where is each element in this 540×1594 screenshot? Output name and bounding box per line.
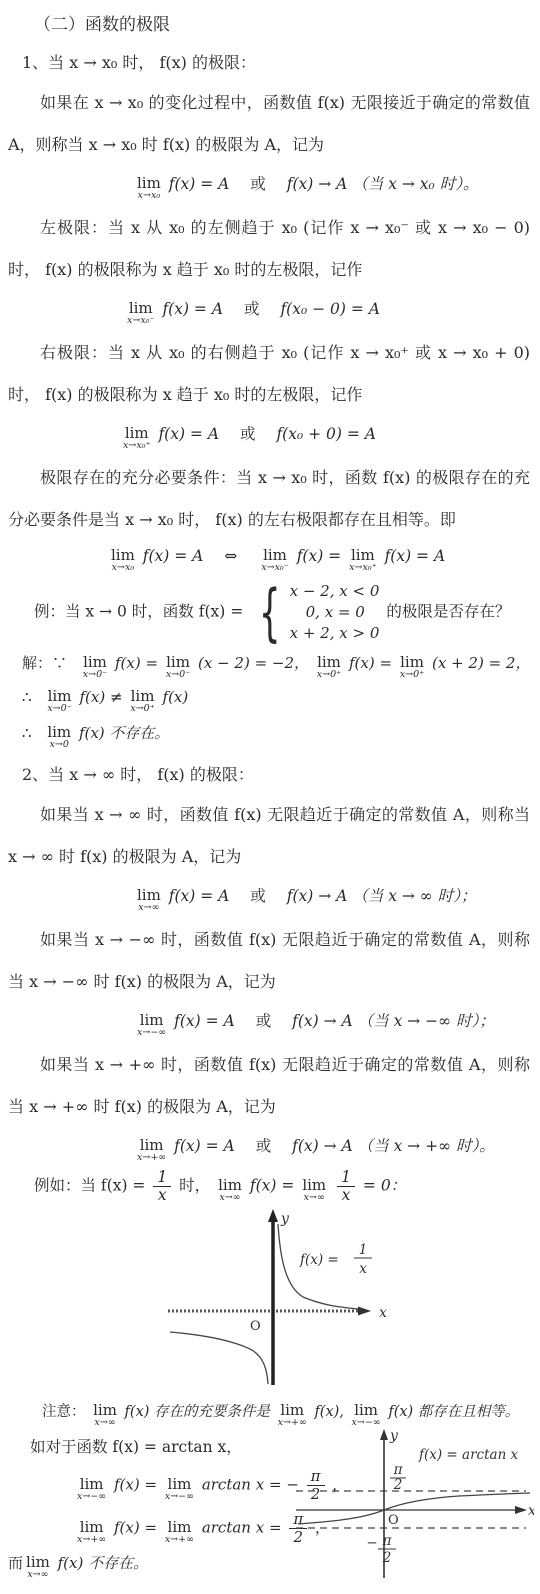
x-axis-arrow-icon <box>515 1506 527 1514</box>
paragraph-pos-inf-limit: 如果当 x → +∞ 时，函数值 f(x) 无限趋近于确定的常数值 A，则称当 … <box>8 1044 530 1128</box>
piecewise-case: 0, x = 0 <box>290 602 380 623</box>
lim-subscript: x→−∞ <box>352 1418 381 1428</box>
lower-asymptote-minus-sign: − <box>366 1535 377 1551</box>
formula-lhs: f(x) = A <box>169 887 230 905</box>
fraction-denominator: x <box>153 1187 171 1204</box>
formula-part: f(x) = <box>114 1476 157 1494</box>
curve-label: f(x) = arctan x <box>418 1447 519 1463</box>
note-prefix: 注意： <box>42 1404 86 1420</box>
lim-word: lim <box>400 655 424 670</box>
lim-operator: limx→0⁺ <box>400 655 424 680</box>
lim-operator: limx→x₀⁺ <box>123 426 151 451</box>
formula-part: f(x) 不存在。 <box>79 724 169 742</box>
lim-operator: limx→x₀⁻ <box>261 548 289 573</box>
formula-part: (x − 2) = −2， <box>198 654 309 672</box>
formula-rhs: f(x) → A （当 x → −∞ 时）； <box>292 1012 495 1030</box>
paragraph-right-limit: 右极限：当 x 从 x₀ 的右侧趋于 x₀ (记作 x → x₀⁺ 或 x → … <box>8 332 530 416</box>
example-pre: 例如：当 f(x) = <box>34 1177 145 1195</box>
therefore-symbol: ∴ <box>22 724 32 742</box>
example-pre: 例：当 x → 0 时，函数 f(x) = <box>34 603 243 621</box>
lower-asymptote-numerator: π <box>382 1533 393 1549</box>
lim-word: lim <box>93 1403 117 1418</box>
therefore-symbol: ∴ <box>22 688 32 706</box>
fraction-denominator: x <box>337 1187 355 1204</box>
lim-word: lim <box>137 1013 166 1028</box>
formula-part: f(x) <box>163 688 189 706</box>
formula-lhs: f(x) = A <box>162 300 223 318</box>
origin-label: O <box>388 1513 399 1528</box>
piecewise-case: x + 2, x > 0 <box>290 623 380 644</box>
example-piecewise: 例：当 x → 0 时，函数 f(x) = { x − 2, x < 0 0, … <box>34 581 534 644</box>
y-axis-arrow-icon <box>268 1209 278 1222</box>
lim-operator: limx→∞ <box>302 1178 326 1203</box>
or-word: 或 <box>240 425 256 443</box>
lim-operator: limx→x₀⁺ <box>349 548 377 573</box>
formula-iff-condition: limx→x₀ f(x) = A ⇔ limx→x₀⁻ f(x) = limx→… <box>108 547 534 573</box>
x-axis-arrow-icon <box>358 1307 371 1316</box>
lim-subscript: x→0⁺ <box>400 670 424 680</box>
piecewise-cases: x − 2, x < 0 0, x = 0 x + 2, x > 0 <box>290 581 380 644</box>
formula-rhs: f(x₀ − 0) = A <box>280 300 380 318</box>
paragraph-existence-condition: 极限存在的充分必要条件：当 x → x₀ 时，函数 f(x) 的极限存在的充分必… <box>8 457 530 541</box>
curve-label-prefix: f(x) = <box>299 1252 339 1268</box>
y-axis-label: y <box>280 1211 290 1227</box>
or-word: 或 <box>250 175 266 193</box>
note-part: f(x) 都存在且相等。 <box>388 1404 519 1420</box>
lim-word: lim <box>165 1520 194 1535</box>
lim-subscript: x→0⁺ <box>130 704 154 714</box>
conclusion-prefix: 而 <box>8 1554 23 1572</box>
lim-operator: limx→+∞ <box>278 1403 307 1428</box>
reciprocal-function-graph: x y O f(x) = 1 x <box>166 1208 401 1386</box>
formula-part: arctan x = <box>202 1519 282 1537</box>
arctan-curve <box>298 1493 530 1524</box>
or-word: 或 <box>256 1012 272 1030</box>
reciprocal-graph-container: x y O f(x) = 1 x <box>166 1208 534 1390</box>
lim-word: lim <box>261 548 289 563</box>
lim-word: lim <box>165 1477 194 1492</box>
lim-operator: limx→−∞ <box>352 1403 381 1428</box>
formula-part: f(x) = <box>114 1519 157 1537</box>
formula-limit-definition: limx→x₀ f(x) = A 或 f(x) → A （当 x → x₀ 时）… <box>134 172 534 201</box>
formula-part: f(x) = A <box>143 547 204 565</box>
formula-right-limit: limx→x₀⁺ f(x) = A 或 f(x₀ + 0) = A <box>120 422 534 451</box>
formula-inf-limit: limx→∞ f(x) = A 或 f(x) → A （当 x → ∞ 时）； <box>134 884 534 913</box>
lim-word: lim <box>278 1403 307 1418</box>
paragraph-inf-limit: 如果当 x → ∞ 时，函数值 f(x) 无限趋近于确定的常数值 A，则称当 x… <box>8 794 530 878</box>
lim-word: lim <box>137 888 161 903</box>
formula-pos-inf-limit: limx→+∞ f(x) = A 或 f(x) → A （当 x → +∞ 时）… <box>134 1134 534 1163</box>
lim-operator: limx→+∞ <box>137 1138 166 1163</box>
solution-line-2: ∴ limx→0⁻ f(x) ≠ limx→0⁺ f(x) <box>22 688 534 714</box>
formula-part: f(x) = A <box>385 547 446 565</box>
note-part: f(x), <box>314 1404 343 1420</box>
lim-word: lim <box>47 725 71 740</box>
lim-subscript: x→∞ <box>93 1418 117 1428</box>
lim-subscript: x→x₀⁻ <box>127 316 155 326</box>
curly-brace: { <box>259 584 281 642</box>
formula-part: f(x) = <box>250 1177 295 1195</box>
fraction-numerator: 1 <box>153 1169 171 1187</box>
iff-symbol: ⇔ <box>224 547 237 565</box>
or-word: 或 <box>250 887 266 905</box>
lim-word: lim <box>111 548 135 563</box>
lim-subscript: x→−∞ <box>165 1492 194 1502</box>
formula-lhs: f(x) = A <box>174 1137 235 1155</box>
lim-word: lim <box>123 426 151 441</box>
lim-subscript: x→x₀⁻ <box>261 563 289 573</box>
upper-asymptote-denominator: 2 <box>393 1477 403 1493</box>
lim-subscript: x→∞ <box>302 1193 326 1203</box>
piecewise-function: { x − 2, x < 0 0, x = 0 x + 2, x > 0 <box>250 581 379 644</box>
y-axis-arrow-icon <box>380 1429 388 1440</box>
y-axis-label: y <box>389 1428 399 1444</box>
formula-part: f(x) = <box>297 547 342 565</box>
lim-word: lim <box>127 301 155 316</box>
lim-operator: limx→0⁻ <box>166 655 190 680</box>
lim-operator: limx→x₀ <box>137 176 161 201</box>
paragraph-limit-intro: 如果在 x → x₀ 的变化过程中，函数值 f(x) 无限接近于确定的常数值 A… <box>8 82 530 166</box>
lim-operator: limx→0⁻ <box>47 689 71 714</box>
lim-word: lim <box>83 655 107 670</box>
hyperbola-branch-lower <box>170 1332 268 1384</box>
fraction-one-over-x: 1x <box>337 1169 355 1204</box>
lim-operator: limx→x₀⁻ <box>127 301 155 326</box>
origin-label: O <box>250 1319 261 1334</box>
formula-rhs: f(x) → A （当 x → ∞ 时）； <box>287 887 477 905</box>
lim-word: lim <box>137 1138 166 1153</box>
lim-subscript: x→+∞ <box>278 1418 307 1428</box>
formula-part: = 0： <box>363 1177 406 1195</box>
lim-subscript: x→0 <box>47 740 71 750</box>
section-2-heading: 2、当 x → ∞ 时， f(x) 的极限： <box>22 760 534 790</box>
curve-label-numerator: 1 <box>359 1242 368 1258</box>
lim-word: lim <box>352 1403 381 1418</box>
lim-subscript: x→x₀ <box>111 563 135 573</box>
lim-operator: limx→+∞ <box>77 1520 106 1545</box>
example-reciprocal: 例如：当 f(x) = 1x 时， limx→∞ f(x) = limx→∞ 1… <box>34 1169 534 1204</box>
lim-operator: limx→0⁺ <box>317 655 341 680</box>
piecewise-case: x − 2, x < 0 <box>290 581 380 602</box>
lim-subscript: x→0⁻ <box>47 704 71 714</box>
example-mid: 时， <box>179 1177 210 1195</box>
lim-word: lim <box>77 1477 106 1492</box>
formula-lhs: f(x) = A <box>169 175 230 193</box>
arctan-function-graph: x y O π 2 f(x) = arctan x − π 2 <box>294 1428 534 1580</box>
lower-asymptote-denominator: 2 <box>382 1550 392 1566</box>
fraction-one-over-x: 1x <box>153 1169 171 1204</box>
paragraph-left-limit: 左极限：当 x 从 x₀ 的左侧趋于 x₀ (记作 x → x₀⁻ 或 x → … <box>8 207 530 291</box>
solution-prefix: 解：∵ <box>22 654 67 672</box>
formula-part: f(x) 不存在。 <box>58 1554 148 1572</box>
section-1-heading: 1、当 x → x₀ 时， f(x) 的极限： <box>22 48 534 78</box>
lim-subscript: x→+∞ <box>137 1153 166 1163</box>
note-line: 注意： limx→∞ f(x) 存在的充要条件是 limx→+∞ f(x), l… <box>42 1400 534 1428</box>
lim-subscript: x→x₀ <box>137 191 161 201</box>
formula-part: f(x) ≠ <box>80 688 123 706</box>
formula-part: f(x) = <box>115 654 158 672</box>
lim-operator: limx→−∞ <box>137 1013 166 1038</box>
lim-operator: limx→0⁺ <box>130 689 154 714</box>
curve-label-denominator: x <box>359 1261 367 1277</box>
lim-operator: limx→∞ <box>26 1555 50 1580</box>
arctan-section: x y O π 2 f(x) = arctan x − π 2 如对于函数 f(… <box>8 1434 534 1586</box>
lim-word: lim <box>166 655 190 670</box>
lim-word: lim <box>130 689 154 704</box>
formula-rhs: f(x₀ + 0) = A <box>276 425 376 443</box>
lim-operator: limx→+∞ <box>165 1520 194 1545</box>
lim-subscript: x→0⁻ <box>83 670 107 680</box>
lim-word: lim <box>137 176 161 191</box>
example-post: 的极限是否存在？ <box>386 603 510 621</box>
lim-subscript: x→−∞ <box>137 1028 166 1038</box>
lim-word: lim <box>218 1178 242 1193</box>
lim-subscript: x→x₀⁺ <box>123 441 151 451</box>
lim-operator: limx→0⁻ <box>83 655 107 680</box>
fraction-numerator: 1 <box>337 1169 355 1187</box>
formula-part: f(x) = <box>349 654 392 672</box>
formula-rhs: f(x) → A （当 x → x₀ 时）。 <box>287 175 479 193</box>
formula-rhs: f(x) → A （当 x → +∞ 时）。 <box>292 1137 495 1155</box>
formula-part: arctan x = − <box>202 1476 299 1494</box>
lim-subscript: x→0⁺ <box>317 670 341 680</box>
lim-subscript: x→−∞ <box>77 1492 106 1502</box>
or-word: 或 <box>256 1137 272 1155</box>
lim-operator: limx→∞ <box>218 1178 242 1203</box>
solution-line-3: ∴ limx→0 f(x) 不存在。 <box>22 722 534 750</box>
formula-neg-inf-limit: limx→−∞ f(x) = A 或 f(x) → A （当 x → −∞ 时）… <box>134 1009 534 1038</box>
lim-word: lim <box>349 548 377 563</box>
page-title: （二）函数的极限 <box>34 12 534 38</box>
lim-word: lim <box>47 689 71 704</box>
formula-left-limit: limx→x₀⁻ f(x) = A 或 f(x₀ − 0) = A <box>124 297 534 326</box>
formula-lhs: f(x) = A <box>158 425 219 443</box>
lim-operator: limx→∞ <box>93 1403 117 1428</box>
formula-lhs: f(x) = A <box>174 1012 235 1030</box>
formula-part: (x + 2) = 2， <box>432 654 530 672</box>
lim-operator: limx→x₀ <box>111 548 135 573</box>
lim-word: lim <box>317 655 341 670</box>
x-axis-label: x <box>528 1503 534 1519</box>
note-part: f(x) 存在的充要条件是 <box>125 1404 270 1420</box>
lim-word: lim <box>77 1520 106 1535</box>
lim-operator: limx→0 <box>47 725 71 750</box>
document-page: （二）函数的极限 1、当 x → x₀ 时， f(x) 的极限： 如果在 x →… <box>0 0 540 1594</box>
lim-subscript: x→+∞ <box>77 1535 106 1545</box>
paragraph-neg-inf-limit: 如果当 x → −∞ 时，函数值 f(x) 无限趋近于确定的常数值 A，则称当 … <box>8 919 530 1003</box>
lim-subscript: x→∞ <box>218 1193 242 1203</box>
upper-asymptote-numerator: π <box>393 1462 404 1478</box>
lim-operator: limx→−∞ <box>165 1477 194 1502</box>
or-word: 或 <box>244 300 260 318</box>
lim-subscript: x→+∞ <box>165 1535 194 1545</box>
lim-subscript: x→0⁻ <box>166 670 190 680</box>
solution-line-1: 解：∵ limx→0⁻ f(x) = limx→0⁻ (x − 2) = −2，… <box>22 652 534 680</box>
lim-word: lim <box>26 1555 50 1570</box>
lim-word: lim <box>302 1178 326 1193</box>
lim-operator: limx→∞ <box>137 888 161 913</box>
x-axis-label: x <box>379 1305 387 1321</box>
lim-operator: limx→−∞ <box>77 1477 106 1502</box>
lim-subscript: x→x₀⁺ <box>349 563 377 573</box>
lim-subscript: x→∞ <box>26 1570 50 1580</box>
lim-subscript: x→∞ <box>137 903 161 913</box>
